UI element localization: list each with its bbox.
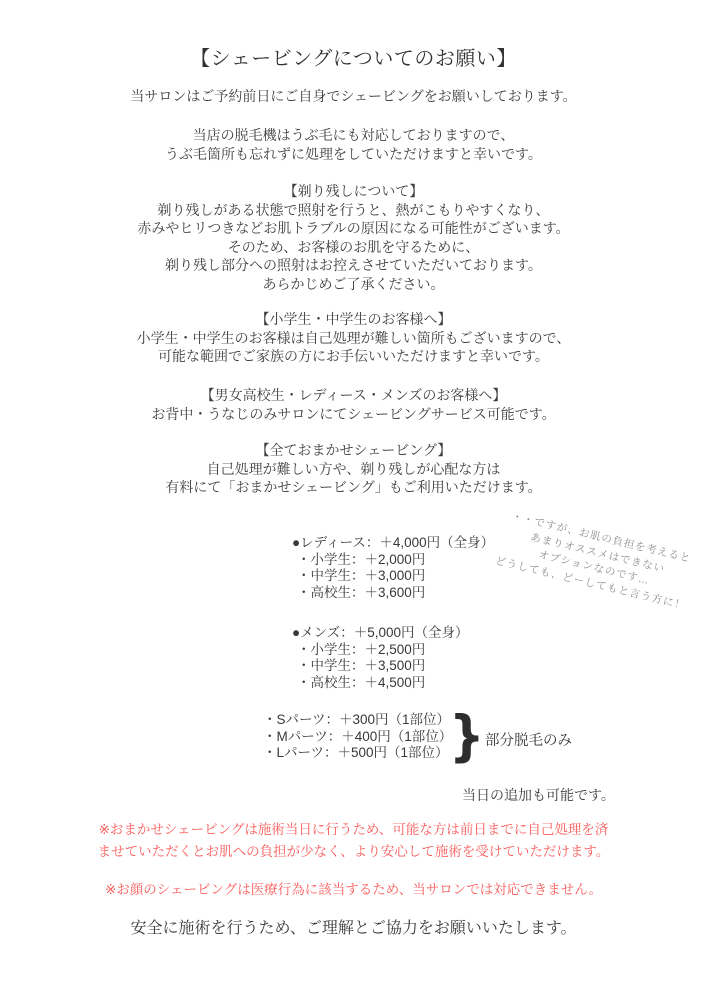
handwritten-note: ・・ですが、お肌の負担を考えると あまりオススメはできない オプションなのです……: [485, 506, 707, 616]
intro-line: 当サロンはご予約前日にご自身でシェービングをお願いしております。: [0, 87, 707, 106]
section-omakase-shaving: 【全ておまかせシェービング】 自己処理が難しい方や、剃り残しが心配な方は 有料に…: [0, 441, 707, 497]
price-item: ・中学生：＋3,000円: [292, 568, 494, 585]
price-item: ・小学生：＋2,000円: [292, 552, 494, 569]
section-shaving-leftover: 【剃り残しについて】 剃り残しがある状態で照射を行うと、熱がこもりやすくなり、 …: [0, 182, 707, 293]
price-item: ・高校生：＋3,600円: [292, 585, 494, 602]
warning-line: ませていただくとお肌への負担が少なく、より安心して施術を受けていただけます。: [0, 841, 707, 863]
price-list-header: ●レディース：＋4,000円（全身）: [292, 535, 494, 552]
section-line: そのため、お客様のお肌を守るために、: [0, 238, 707, 257]
section-heading: 【全ておまかせシェービング】: [0, 441, 707, 460]
section-line: あらかじめご了承ください。: [0, 275, 707, 294]
price-list-mens: ●メンズ：＋5,000円（全身） ・小学生：＋2,500円 ・中学生：＋3,50…: [292, 625, 469, 691]
closing-message: 安全に施術を行うため、ご理解とご協力をお願いいたします。: [0, 915, 707, 938]
price-item: ・高校生：＋4,500円: [292, 675, 469, 692]
warning-line: ※おまかせシェービングは施術当日に行うため、可能な方は前日までに自己処理を済: [0, 819, 707, 841]
section-heading: 【男女高校生・レディース・メンズのお客様へ】: [0, 386, 707, 405]
parts-only-label: 部分脱毛のみ: [485, 729, 572, 750]
warning-omakase: ※おまかせシェービングは施術当日に行うため、可能な方は前日までに自己処理を済 ま…: [0, 819, 707, 862]
price-item: ・Mパーツ：＋400円（1部位）: [263, 729, 452, 746]
section-highschool-adults: 【男女高校生・レディース・メンズのお客様へ】 お背中・うなじのみサロンにてシェー…: [0, 386, 707, 423]
intro-line: うぶ毛箇所も忘れずに処理をしていただけますと幸いです。: [0, 145, 707, 164]
price-list-ladies: ●レディース：＋4,000円（全身） ・小学生：＋2,000円 ・中学生：＋3,…: [292, 535, 494, 601]
section-line: 有料にて「おまかせシェービング」もご利用いただけます。: [0, 478, 707, 497]
section-line: 剃り残しがある状態で照射を行うと、熱がこもりやすくなり、: [0, 201, 707, 220]
section-line: 自己処理が難しい方や、剃り残しが心配な方は: [0, 460, 707, 479]
section-heading: 【剃り残しについて】: [0, 182, 707, 201]
intro-paragraph-2: 当店の脱毛機はうぶ毛にも対応しておりますので、 うぶ毛箇所も忘れずに処理をしてい…: [0, 126, 707, 163]
section-line: 小学生・中学生のお客様は自己処理が難しい箇所もございますので、: [0, 329, 707, 348]
price-list-header: ●メンズ：＋5,000円（全身）: [292, 625, 469, 642]
section-line: 赤みやヒリつきなどお肌トラブルの原因になる可能性がございます。: [0, 219, 707, 238]
section-elementary-junior: 【小学生・中学生のお客様へ】 小学生・中学生のお客様は自己処理が難しい箇所もござ…: [0, 310, 707, 366]
warning-face: ※お顔のシェービングは医療行為に該当するため、当サロンでは対応できません。: [0, 879, 707, 901]
price-list-parts: ・Sパーツ：＋300円（1部位） ・Mパーツ：＋400円（1部位） ・Lパーツ：…: [263, 712, 452, 762]
section-line: 剃り残し部分への照射はお控えさせていただいております。: [0, 256, 707, 275]
section-heading: 【小学生・中学生のお客様へ】: [0, 310, 707, 329]
intro-paragraph-1: 当サロンはご予約前日にご自身でシェービングをお願いしております。: [0, 87, 707, 106]
same-day-note: 当日の追加も可能です。: [462, 785, 615, 805]
section-line: お背中・うなじのみサロンにてシェービングサービス可能です。: [0, 405, 707, 424]
price-item: ・Lパーツ：＋500円（1部位）: [263, 745, 452, 762]
price-item: ・Sパーツ：＋300円（1部位）: [263, 712, 452, 729]
warning-line: ※お顔のシェービングは医療行為に該当するため、当サロンでは対応できません。: [0, 879, 707, 901]
document: { "title": "【シェービングについてのお願い】", "intro": …: [0, 0, 707, 1000]
intro-line: 当店の脱毛機はうぶ毛にも対応しておりますので、: [0, 126, 707, 145]
page-title: 【シェービングについてのお願い】: [0, 42, 707, 71]
brace-icon: }: [449, 705, 485, 768]
price-item: ・小学生：＋2,500円: [292, 642, 469, 659]
price-item: ・中学生：＋3,500円: [292, 658, 469, 675]
section-line: 可能な範囲でご家族の方にお手伝いいただけますと幸いです。: [0, 347, 707, 366]
